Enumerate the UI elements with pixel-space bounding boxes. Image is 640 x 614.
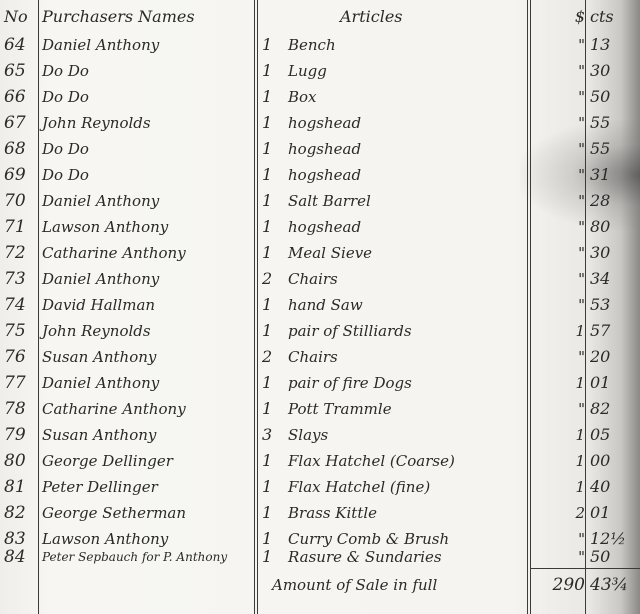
table-row: 81 Peter Dellinger 1 Flax Hatchel (fine)… xyxy=(0,474,640,500)
article: Flax Hatchel (fine) xyxy=(288,474,528,500)
cents: 01 xyxy=(590,370,636,396)
article: hogshead xyxy=(288,214,528,240)
dollars: " xyxy=(535,136,589,162)
dollars: " xyxy=(535,32,589,58)
table-row: 79 Susan Anthony 3 Slays 1 05 xyxy=(0,422,640,448)
dollars: 1 xyxy=(535,474,589,500)
purchaser-name: John Reynolds xyxy=(42,110,254,136)
purchaser-name: Catharine Anthony xyxy=(42,396,254,422)
row-number: 72 xyxy=(4,240,34,266)
dollars: 1 xyxy=(535,422,589,448)
cents: 55 xyxy=(590,110,636,136)
dollars: " xyxy=(535,84,589,110)
article: Brass Kittle xyxy=(288,500,528,526)
quantity: 1 xyxy=(262,474,280,500)
article: hogshead xyxy=(288,162,528,188)
header-number: No xyxy=(4,4,34,30)
cents: 28 xyxy=(590,188,636,214)
row-number: 65 xyxy=(4,58,34,84)
table-row: 82 George Setherman 1 Brass Kittle 2 01 xyxy=(0,500,640,526)
quantity: 1 xyxy=(262,214,280,240)
purchaser-name: Susan Anthony xyxy=(42,344,254,370)
quantity: 1 xyxy=(262,396,280,422)
article: Bench xyxy=(288,32,528,58)
row-number: 78 xyxy=(4,396,34,422)
purchaser-name: Do Do xyxy=(42,136,254,162)
dollars: " xyxy=(535,344,589,370)
article: Chairs xyxy=(288,266,528,292)
purchaser-name: Peter Dellinger xyxy=(42,474,254,500)
cents: 31 xyxy=(590,162,636,188)
purchaser-name: Daniel Anthony xyxy=(42,188,254,214)
dollars: " xyxy=(535,544,589,570)
cents: 30 xyxy=(590,58,636,84)
purchaser-name: Catharine Anthony xyxy=(42,240,254,266)
dollars: " xyxy=(535,396,589,422)
cents: 01 xyxy=(590,500,636,526)
row-number: 64 xyxy=(4,32,34,58)
header-purchasers: Purchasers Names xyxy=(42,4,254,30)
article: Lugg xyxy=(288,58,528,84)
table-row: 68 Do Do 1 hogshead " 55 xyxy=(0,136,640,162)
row-number: 70 xyxy=(4,188,34,214)
quantity: 1 xyxy=(262,500,280,526)
purchaser-name: David Hallman xyxy=(42,292,254,318)
dollars: " xyxy=(535,110,589,136)
row-number: 82 xyxy=(4,500,34,526)
quantity: 1 xyxy=(262,84,280,110)
article: Rasure & Sundaries xyxy=(288,544,528,570)
header-cents: cts xyxy=(590,4,636,30)
purchaser-name: Daniel Anthony xyxy=(42,370,254,396)
purchaser-name: Peter Sepbauch for P. Anthony xyxy=(42,544,254,570)
table-row: 69 Do Do 1 hogshead " 31 xyxy=(0,162,640,188)
row-number: 67 xyxy=(4,110,34,136)
quantity: 1 xyxy=(262,58,280,84)
row-number: 73 xyxy=(4,266,34,292)
quantity: 3 xyxy=(262,422,280,448)
row-number: 84 xyxy=(4,544,34,570)
article: Box xyxy=(288,84,528,110)
table-row: 76 Susan Anthony 2 Chairs " 20 xyxy=(0,344,640,370)
row-number: 71 xyxy=(4,214,34,240)
quantity: 1 xyxy=(262,448,280,474)
quantity: 1 xyxy=(262,370,280,396)
table-row: 72 Catharine Anthony 1 Meal Sieve " 30 xyxy=(0,240,640,266)
dollars: 1 xyxy=(535,448,589,474)
header-row: No Purchasers Names Articles $ cts xyxy=(0,4,640,30)
table-row: 65 Do Do 1 Lugg " 30 xyxy=(0,58,640,84)
article: Meal Sieve xyxy=(288,240,528,266)
header-dollars: $ xyxy=(535,4,589,30)
row-number: 69 xyxy=(4,162,34,188)
quantity: 1 xyxy=(262,240,280,266)
table-row: 64 Daniel Anthony 1 Bench " 13 xyxy=(0,32,640,58)
row-number: 80 xyxy=(4,448,34,474)
dollars: " xyxy=(535,292,589,318)
dollars: " xyxy=(535,266,589,292)
purchaser-name: George Setherman xyxy=(42,500,254,526)
purchaser-name: Daniel Anthony xyxy=(42,266,254,292)
table-row: 70 Daniel Anthony 1 Salt Barrel " 28 xyxy=(0,188,640,214)
cents: 57 xyxy=(590,318,636,344)
dollars: 2 xyxy=(535,500,589,526)
purchaser-name: Susan Anthony xyxy=(42,422,254,448)
table-row: 77 Daniel Anthony 1 pair of fire Dogs 1 … xyxy=(0,370,640,396)
cents: 53 xyxy=(590,292,636,318)
cents: 80 xyxy=(590,214,636,240)
purchaser-name: Do Do xyxy=(42,162,254,188)
table-row: 66 Do Do 1 Box " 50 xyxy=(0,84,640,110)
table-row: 67 John Reynolds 1 hogshead " 55 xyxy=(0,110,640,136)
article: hand Saw xyxy=(288,292,528,318)
dollars: 1 xyxy=(535,370,589,396)
purchaser-name: Do Do xyxy=(42,58,254,84)
table-row: 74 David Hallman 1 hand Saw " 53 xyxy=(0,292,640,318)
total-row: Amount of Sale in full 290 43¾ xyxy=(0,572,640,598)
article: hogshead xyxy=(288,110,528,136)
purchaser-name: Lawson Anthony xyxy=(42,214,254,240)
article: Salt Barrel xyxy=(288,188,528,214)
purchaser-name: Daniel Anthony xyxy=(42,32,254,58)
article: pair of fire Dogs xyxy=(288,370,528,396)
quantity: 1 xyxy=(262,32,280,58)
row-number: 81 xyxy=(4,474,34,500)
cents: 20 xyxy=(590,344,636,370)
cents: 50 xyxy=(590,84,636,110)
total-cents: 43¾ xyxy=(590,572,636,598)
quantity: 1 xyxy=(262,544,280,570)
row-number: 68 xyxy=(4,136,34,162)
table-row: 80 George Dellinger 1 Flax Hatchel (Coar… xyxy=(0,448,640,474)
article: hogshead xyxy=(288,136,528,162)
dollars: 1 xyxy=(535,318,589,344)
row-number: 79 xyxy=(4,422,34,448)
table-row: 84 Peter Sepbauch for P. Anthony 1 Rasur… xyxy=(0,544,640,570)
quantity: 1 xyxy=(262,292,280,318)
row-number: 76 xyxy=(4,344,34,370)
dollars: " xyxy=(535,188,589,214)
article: Slays xyxy=(288,422,528,448)
purchaser-name: John Reynolds xyxy=(42,318,254,344)
cents: 05 xyxy=(590,422,636,448)
article: pair of Stilliards xyxy=(288,318,528,344)
table-row: 71 Lawson Anthony 1 hogshead " 80 xyxy=(0,214,640,240)
quantity: 1 xyxy=(262,318,280,344)
dollars: " xyxy=(535,162,589,188)
cents: 13 xyxy=(590,32,636,58)
cents: 00 xyxy=(590,448,636,474)
cents: 55 xyxy=(590,136,636,162)
row-number: 74 xyxy=(4,292,34,318)
row-number: 66 xyxy=(4,84,34,110)
quantity: 2 xyxy=(262,266,280,292)
cents: 34 xyxy=(590,266,636,292)
purchaser-name: Do Do xyxy=(42,84,254,110)
quantity: 1 xyxy=(262,162,280,188)
total-dollars: 290 xyxy=(535,572,589,598)
dollars: " xyxy=(535,214,589,240)
purchaser-name: George Dellinger xyxy=(42,448,254,474)
table-row: 73 Daniel Anthony 2 Chairs " 34 xyxy=(0,266,640,292)
article: Pott Trammle xyxy=(288,396,528,422)
cents: 50 xyxy=(590,544,636,570)
row-number: 77 xyxy=(4,370,34,396)
row-number: 75 xyxy=(4,318,34,344)
table-row: 78 Catharine Anthony 1 Pott Trammle " 82 xyxy=(0,396,640,422)
quantity: 2 xyxy=(262,344,280,370)
total-label: Amount of Sale in full xyxy=(272,572,512,598)
cents: 40 xyxy=(590,474,636,500)
article: Chairs xyxy=(288,344,528,370)
quantity: 1 xyxy=(262,188,280,214)
cents: 82 xyxy=(590,396,636,422)
cents: 30 xyxy=(590,240,636,266)
quantity: 1 xyxy=(262,110,280,136)
article: Flax Hatchel (Coarse) xyxy=(288,448,528,474)
table-row: 75 John Reynolds 1 pair of Stilliards 1 … xyxy=(0,318,640,344)
quantity: 1 xyxy=(262,136,280,162)
dollars: " xyxy=(535,58,589,84)
dollars: " xyxy=(535,240,589,266)
